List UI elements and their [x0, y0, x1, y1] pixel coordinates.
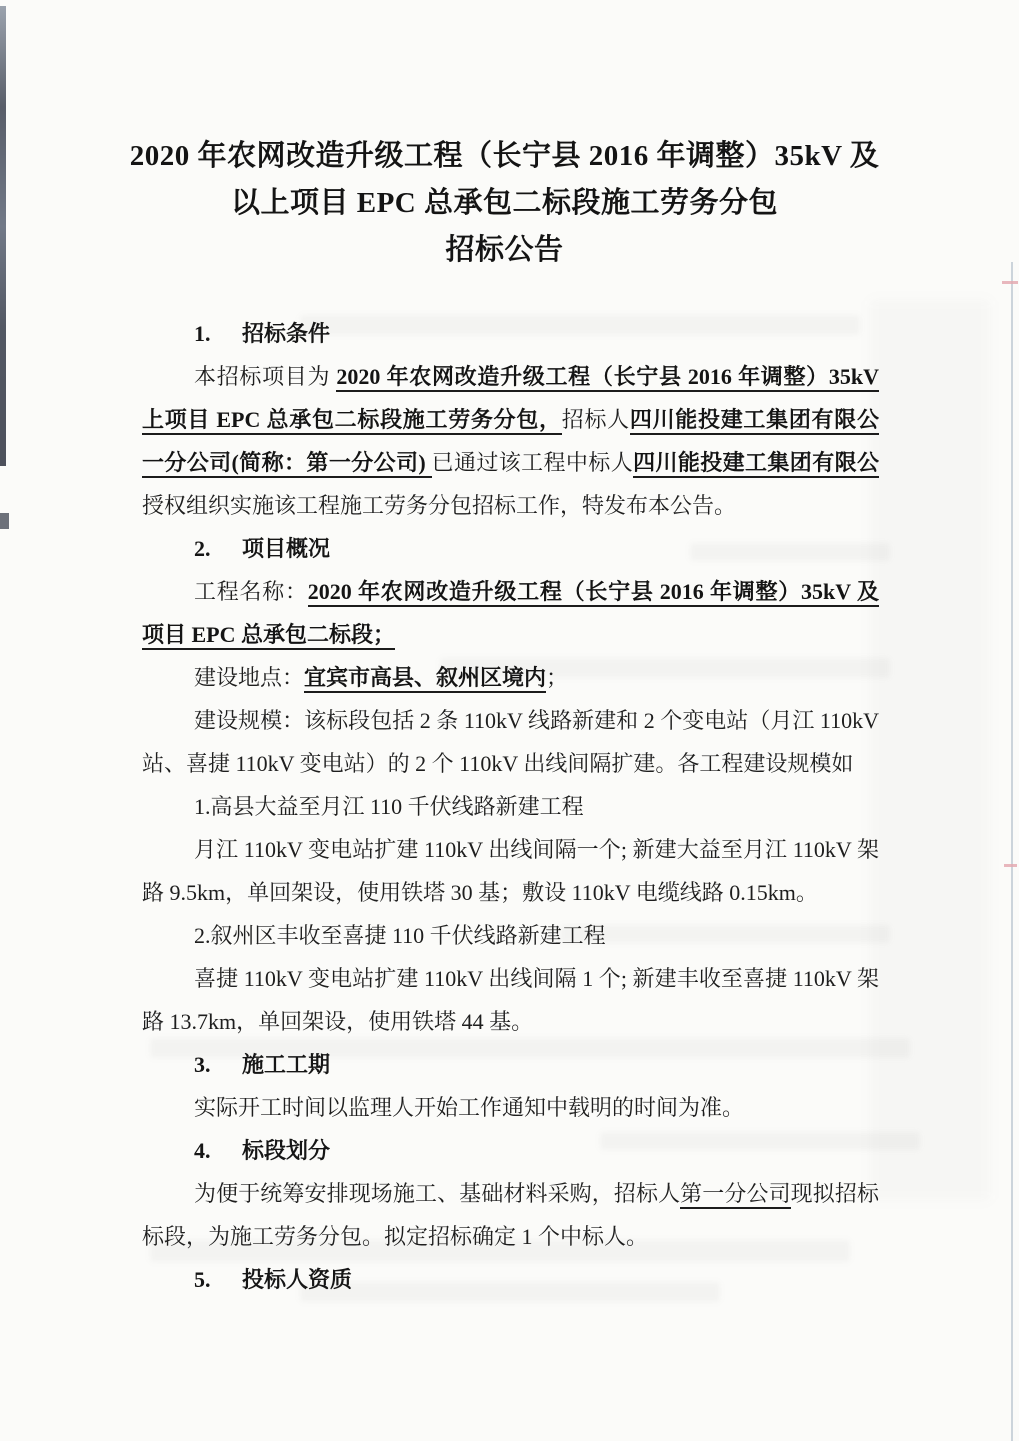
document-body: 1.招标条件 本招标项目为 2020 年农网改造升级工程（长宁县 2016 年调… [142, 312, 879, 1301]
section-1-number: 1. [194, 312, 242, 355]
bold-underline-segment: 一分公司(简称：第一分公司) [142, 450, 432, 478]
text-segment: 路 13.7km，单回架设，使用铁塔 44 基。 [142, 1009, 533, 1034]
text-segment: 现拟招标 [791, 1181, 879, 1206]
section-3-label: 施工工期 [242, 1052, 330, 1077]
section-4-label: 标段划分 [242, 1138, 330, 1163]
section-3-heading: 3.施工工期 [142, 1043, 879, 1086]
section-2-label: 项目概况 [242, 536, 330, 561]
paragraph-line: 标段，为施工劳务分包。拟定招标确定 1 个中标人。 [142, 1215, 879, 1258]
text-segment: 建设规模：该标段包括 2 条 110kV 线路新建和 2 个变电站（月江 110… [142, 708, 879, 742]
section-2-heading: 2.项目概况 [142, 527, 879, 570]
paragraph-line: 建设地点：宜宾市高县、叙州区境内； [142, 656, 879, 699]
title-line-2: 以上项目 EPC 总承包二标段施工劳务分包 [70, 180, 939, 227]
section-5-label: 投标人资质 [242, 1267, 352, 1292]
section-1-label: 招标条件 [242, 321, 330, 346]
section-3-number: 3. [194, 1043, 242, 1086]
paragraph-line: 喜捷 110kV 变电站扩建 110kV 出线间隔 1 个; 新建丰收至喜捷 1… [142, 957, 879, 1000]
right-edge-scan-line [1011, 262, 1013, 1441]
scan-tick [1002, 281, 1018, 284]
paragraph-line: 本招标项目为 2020 年农网改造升级工程（长宁县 2016 年调整）35kV … [142, 355, 879, 398]
paragraph-line: 月江 110kV 变电站扩建 110kV 出线间隔一个; 新建大益至月江 110… [142, 828, 879, 871]
paragraph-line: 站、喜捷 110kV 变电站）的 2 个 110kV 出线间隔扩建。各工程建设规… [142, 742, 879, 785]
bold-underline-segment: 项目 EPC 总承包二标段； [142, 622, 395, 650]
section-5-heading: 5.投标人资质 [142, 1258, 879, 1301]
bold-underline-segment: 宜宾市高县、叙州区境内 [304, 665, 546, 693]
paragraph-line: 授权组织实施该工程施工劳务分包招标工作，特发布本公告。 [142, 484, 879, 527]
title-line-1: 2020 年农网改造升级工程（长宁县 2016 年调整）35kV 及 [70, 133, 939, 180]
paragraph-line: 项目 EPC 总承包二标段； [142, 613, 879, 656]
paragraph-line: 为便于统筹安排现场施工、基础材料采购，招标人第一分公司现拟招标 1 个 [142, 1172, 879, 1215]
text-segment: 标段，为施工劳务分包。拟定招标确定 1 个中标人。 [142, 1224, 648, 1249]
text-segment: 已通过该工程中标人 [432, 450, 634, 475]
text-segment: 路 9.5km，单回架设，使用铁塔 30 基；敷设 110kV 电缆线路 0.1… [142, 880, 818, 905]
text-segment: 授权组织实施该工程施工劳务分包招标工作，特发布本公告。 [142, 493, 736, 518]
section-4-number: 4. [194, 1129, 242, 1172]
text-segment: 站、喜捷 110kV 变电站）的 2 个 110kV 出线间隔扩建。各工程建设规… [142, 751, 853, 785]
paragraph-line: 建设规模：该标段包括 2 条 110kV 线路新建和 2 个变电站（月江 110… [142, 699, 879, 742]
text-segment: 建设地点： [194, 665, 304, 690]
paragraph-line: 工程名称：2020 年农网改造升级工程（长宁县 2016 年调整）35kV 及以… [142, 570, 879, 613]
text-segment: ； [546, 665, 568, 690]
paragraph-line: 路 13.7km，单回架设，使用铁塔 44 基。 [142, 1000, 879, 1043]
underline-segment: 第一分公司 [680, 1181, 791, 1209]
section-2-number: 2. [194, 527, 242, 570]
left-edge-scan-strip [0, 6, 6, 466]
paragraph-line: 上项目 EPC 总承包二标段施工劳务分包，招标人四川能投建工集团有限公司第 [142, 398, 879, 441]
text-segment: 2.叙州区丰收至喜捷 110 千伏线路新建工程 [194, 923, 606, 948]
paragraph-line: 2.叙州区丰收至喜捷 110 千伏线路新建工程 [142, 914, 879, 957]
scan-smudge [870, 300, 990, 1200]
text-segment: 喜捷 110kV 变电站扩建 110kV 出线间隔 1 个; 新建丰收至喜捷 1… [142, 966, 879, 1000]
left-edge-scan-mark [0, 513, 9, 529]
scan-tick [1004, 864, 1017, 867]
text-segment: 月江 110kV 变电站扩建 110kV 出线间隔一个; 新建大益至月江 110… [142, 837, 879, 871]
text-segment: 工程名称： [194, 579, 308, 604]
section-4-heading: 4.标段划分 [142, 1129, 879, 1172]
text-segment: 为便于统筹安排现场施工、基础材料采购，招标人 [194, 1181, 680, 1206]
section-5-number: 5. [194, 1258, 242, 1301]
text-segment: 1.高县大益至月江 110 千伏线路新建工程 [194, 794, 584, 819]
document-page: 2020 年农网改造升级工程（长宁县 2016 年调整）35kV 及 以上项目 … [0, 0, 1019, 1441]
paragraph-line: 一分公司(简称：第一分公司) 已通过该工程中标人四川能投建工集团有限公司 [142, 441, 879, 484]
bold-underline-segment: 上项目 EPC 总承包二标段施工劳务分包， [142, 407, 562, 435]
document-title: 2020 年农网改造升级工程（长宁县 2016 年调整）35kV 及 以上项目 … [70, 133, 939, 274]
paragraph-line: 路 9.5km，单回架设，使用铁塔 30 基；敷设 110kV 电缆线路 0.1… [142, 871, 879, 914]
title-line-3: 招标公告 [70, 227, 939, 274]
section-1-heading: 1.招标条件 [142, 312, 879, 355]
text-segment: 本招标项目为 [194, 364, 336, 389]
text-segment: 实际开工时间以监理人开始工作通知中载明的时间为准。 [194, 1095, 744, 1120]
paragraph-line: 1.高县大益至月江 110 千伏线路新建工程 [142, 785, 879, 828]
paragraph-line: 实际开工时间以监理人开始工作通知中载明的时间为准。 [142, 1086, 879, 1129]
text-segment: 招标人 [562, 407, 630, 432]
